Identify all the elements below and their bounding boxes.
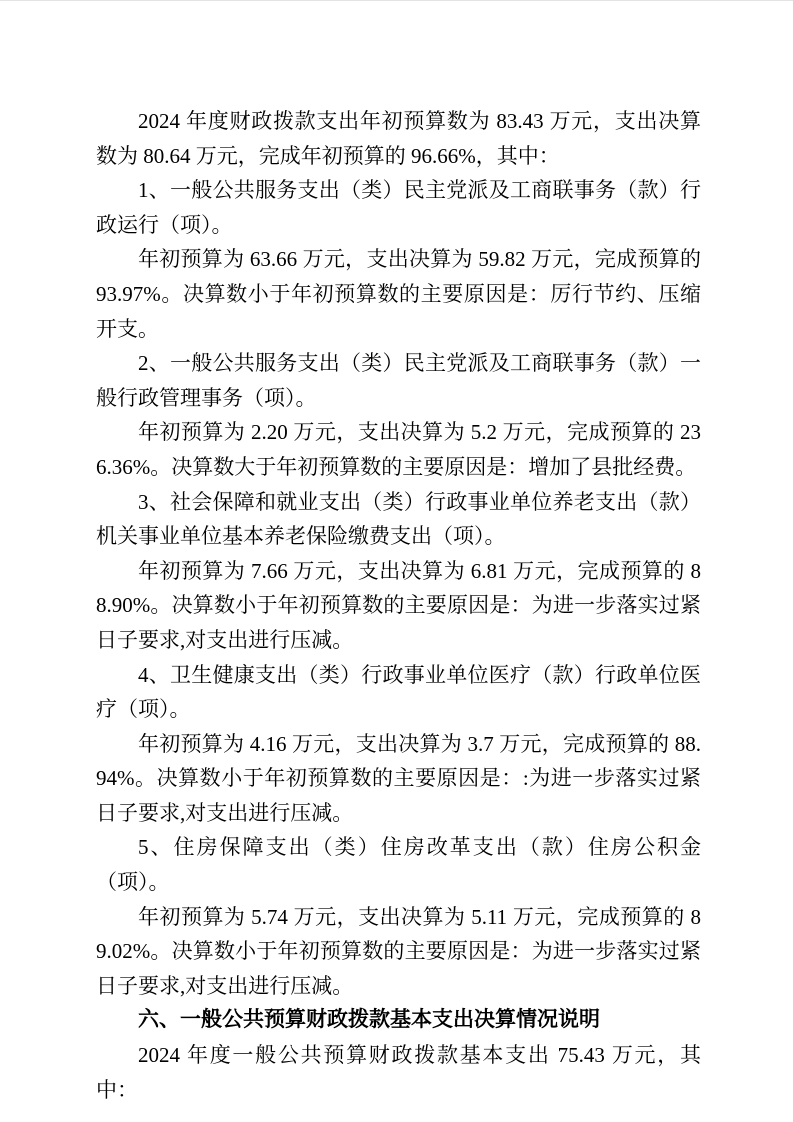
item-4-title-paragraph: 4、卫生健康支出（类）行政事业单位医疗（款）行政单位医疗（项）。 xyxy=(96,658,701,727)
section-6-heading: 六、一般公共预算财政拨款基本支出决算情况说明 xyxy=(96,1003,701,1038)
item-3-title-paragraph: 3、社会保障和就业支出（类）行政事业单位养老支出（款）机关事业单位基本养老保险缴… xyxy=(96,485,701,554)
section-6-intro-paragraph: 2024 年度一般公共预算财政拨款基本支出 75.43 万元，其中： xyxy=(96,1038,701,1107)
item-1-title-paragraph: 1、一般公共服务支出（类）民主党派及工商联事务（款）行政运行（项）。 xyxy=(96,173,701,242)
item-4-detail-paragraph: 年初预算为 4.16 万元，支出决算为 3.7 万元，完成预算的 88.94%。… xyxy=(96,727,701,831)
document-body: 2024 年度财政拨款支出年初预算数为 83.43 万元，支出决算数为 80.6… xyxy=(96,104,701,1107)
item-5-title-paragraph: 5、住房保障支出（类）住房改革支出（款）住房公积金（项）。 xyxy=(96,830,701,899)
document-page: 2024 年度财政拨款支出年初预算数为 83.43 万元，支出决算数为 80.6… xyxy=(0,0,793,1122)
item-2-detail-paragraph: 年初预算为 2.20 万元，支出决算为 5.2 万元，完成预算的 236.36%… xyxy=(96,415,701,484)
item-2-title-paragraph: 2、一般公共服务支出（类）民主党派及工商联事务（款）一般行政管理事务（项）。 xyxy=(96,346,701,415)
item-5-detail-paragraph: 年初预算为 5.74 万元，支出决算为 5.11 万元，完成预算的 89.02%… xyxy=(96,900,701,1004)
expenditure-overview-paragraph: 2024 年度财政拨款支出年初预算数为 83.43 万元，支出决算数为 80.6… xyxy=(96,104,701,173)
item-1-detail-paragraph: 年初预算为 63.66 万元，支出决算为 59.82 万元，完成预算的 93.9… xyxy=(96,242,701,346)
item-3-detail-paragraph: 年初预算为 7.66 万元，支出决算为 6.81 万元，完成预算的 88.90%… xyxy=(96,554,701,658)
